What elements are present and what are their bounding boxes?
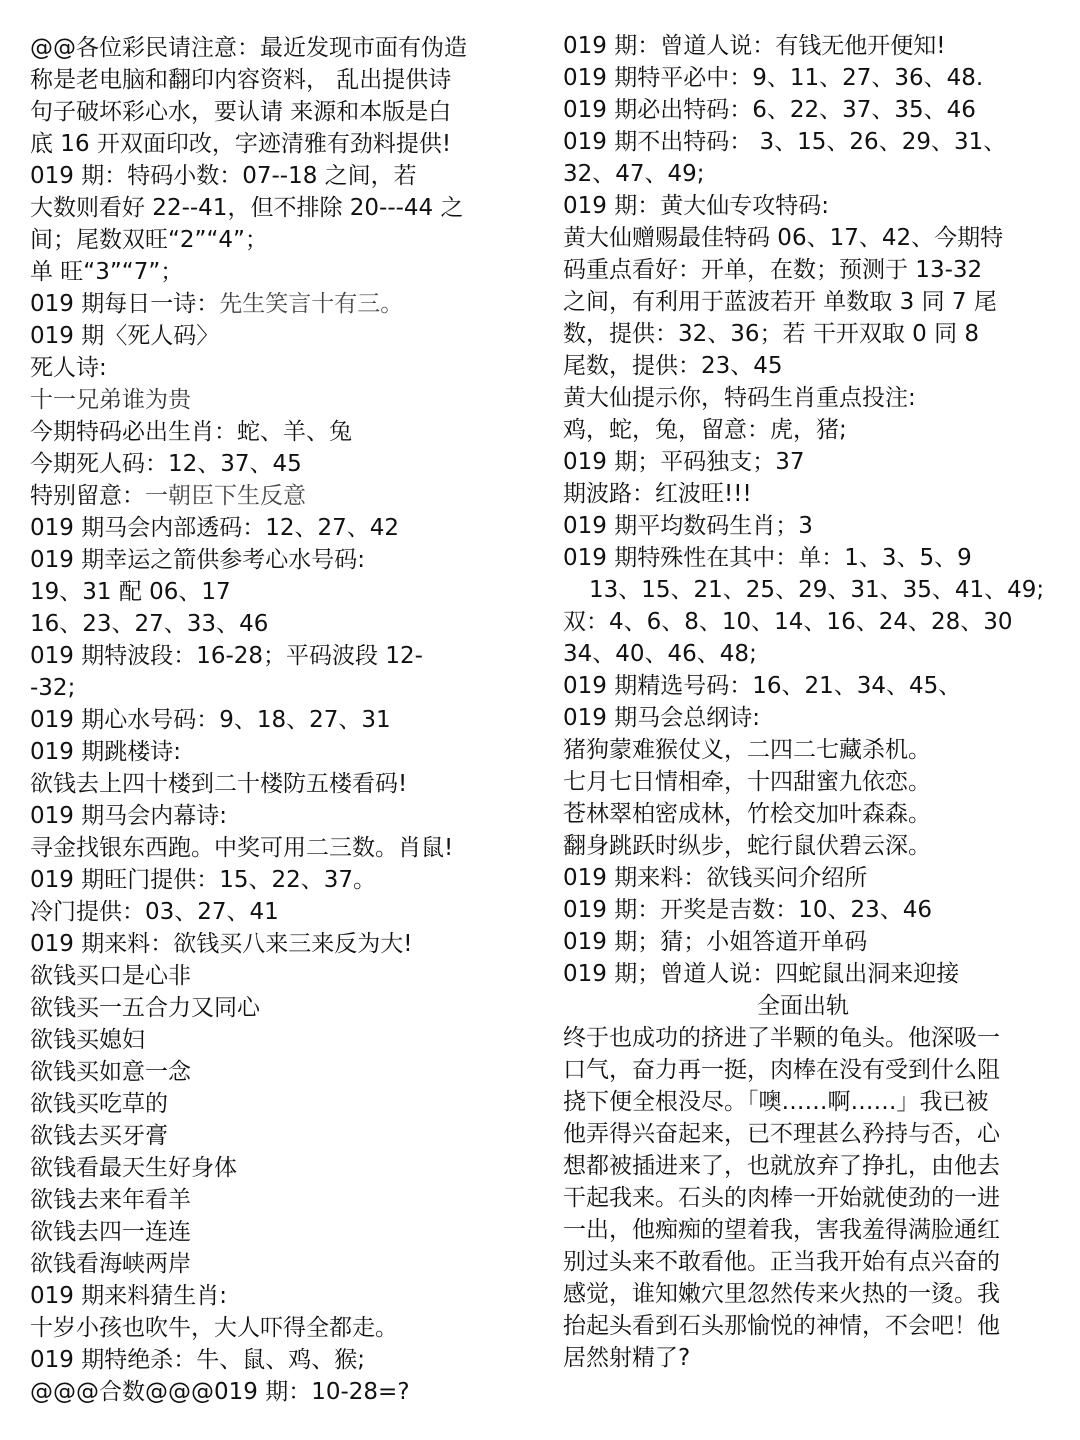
text-line: 特别留意：一朝臣下生反意 — [30, 480, 530, 512]
text-line: @@@合数@@@019 期：10-28=? — [30, 1376, 530, 1408]
text-line: 猪狗蒙难猴仗义，二四二七藏杀机。 — [563, 734, 1063, 766]
text-line: 019 期特殊性在其中：单：1、3、5、9 — [563, 542, 1063, 574]
text-line: 019 期马会内幕诗: — [30, 800, 530, 832]
text-line: 019 期；曾道人说：四蛇鼠出洞来迎接 — [563, 958, 1063, 990]
text-line: 间；尾数双旺“2”“4”； — [30, 224, 530, 256]
text-line: 019 期：黄大仙专攻特码: — [563, 190, 1063, 222]
text-line: 019 期精选号码：16、21、34、45、 — [563, 670, 1063, 702]
text-line: 欲钱去上四十楼到二十楼防五楼看码! — [30, 768, 530, 800]
text-line: 019 期特波段：16-28；平码波段 12- — [30, 640, 530, 672]
text-line: 他弄得兴奋起来，已不理甚么矜持与否，心 — [563, 1118, 1063, 1150]
text-line: 单 旺“3”“7”； — [30, 256, 530, 288]
text-line: 感觉，谁知嫩穴里忽然传来火热的一烫。我 — [563, 1278, 1063, 1310]
text-line: 019 期；平码独支；37 — [563, 446, 1063, 478]
text-line: 十岁小孩也吹牛，大人吓得全都走。 — [30, 1312, 530, 1344]
text-line: 欲钱买口是心非 — [30, 960, 530, 992]
text-line: 019 期平均数码生肖；3 — [563, 510, 1063, 542]
text-line: 16、23、27、33、46 — [30, 608, 530, 640]
text-line: 句子破坏彩心水，要认请 来源和本版是白 — [30, 96, 530, 128]
text-line: 码重点看好：开单，在数；预测于 13-32 — [563, 254, 1063, 286]
text-line: 口气，奋力再一挺，肉棒在没有受到什么阻 — [563, 1054, 1063, 1086]
text-line: 34、40、46、48; — [563, 638, 1063, 670]
text-line: 019 期马会总纲诗: — [563, 702, 1063, 734]
text-line: 019 期来料：欲钱买八来三来反为大! — [30, 928, 530, 960]
text-line: 别过头来不敢看他。正当我开始有点兴奋的 — [563, 1246, 1063, 1278]
text-line: 居然射精了? — [563, 1342, 1063, 1374]
text-line: 019 期特平必中：9、11、27、36、48. — [563, 62, 1063, 94]
text-line: 尾数，提供：23、45 — [563, 350, 1063, 382]
text-line: 终于也成功的挤进了半颗的龟头。他深吸一 — [563, 1022, 1063, 1054]
text-line: 019 期特绝杀：牛、鼠、鸡、猴; — [30, 1344, 530, 1376]
text-line: 019 期来料：欲钱买问介绍所 — [563, 862, 1063, 894]
text-line: 欲钱买媳妇 — [30, 1024, 530, 1056]
line-value: 一朝臣下生反意 — [145, 483, 306, 509]
text-line: 冷门提供：03、27、41 — [30, 896, 530, 928]
text-line: 十一兄弟谁为贵 — [30, 384, 530, 416]
text-line: 32、47、49; — [563, 158, 1063, 190]
text-line: 今期死人码：12、37、45 — [30, 448, 530, 480]
text-line: 欲钱看最天生好身体 — [30, 1152, 530, 1184]
text-line: 称是老电脑和翻印内容资料， 乱出提供诗 — [30, 64, 530, 96]
text-line: 019 期；猜；小姐答道开单码 — [563, 926, 1063, 958]
text-line: -32; — [30, 672, 530, 704]
text-line: 干起我来。石头的肉棒一开始就使劲的一进 — [563, 1182, 1063, 1214]
text-line: 019 期幸运之箭供参考心水号码: — [30, 544, 530, 576]
text-line: 一出，他痴痴的望着我，害我羞得满脸通红 — [563, 1214, 1063, 1246]
text-line: 想都被插进来了，也就放弃了挣扎，由他去 — [563, 1150, 1063, 1182]
text-line: 019 期必出特码：6、22、37、35、46 — [563, 94, 1063, 126]
text-line: 鸡，蛇，兔，留意：虎，猪; — [563, 414, 1063, 446]
text-line: 死人诗: — [30, 352, 530, 384]
text-line: 欲钱买吃草的 — [30, 1088, 530, 1120]
text-line: 今期特码必出生肖：蛇、羊、兔 — [30, 416, 530, 448]
text-line: 019 期心水号码：9、18、27、31 — [30, 704, 530, 736]
text-line: 欲钱看海峡两岸 — [30, 1248, 530, 1280]
section-title: 全面出轨 — [563, 990, 1063, 1022]
text-line: 欲钱去来年看羊 — [30, 1184, 530, 1216]
text-line: 019 期不出特码： 3、15、26、29、31、 — [563, 126, 1063, 158]
text-line: 欲钱买一五合力又同心 — [30, 992, 530, 1024]
text-line: 抬起头看到石头那愉悦的神情，不会吧！他 — [563, 1310, 1063, 1342]
text-line: 13、15、21、25、29、31、35、41、49; — [563, 574, 1063, 606]
line-label: 特别留意： — [30, 483, 145, 509]
text-line: 寻金找银东西跑。中奖可用二三数。肖鼠! — [30, 832, 530, 864]
left-column: @@各位彩民请注意：最近发现市面有伪造称是老电脑和翻印内容资料， 乱出提供诗句子… — [30, 32, 530, 1408]
text-line: 大数则看好 22--41，但不排除 20---44 之 — [30, 192, 530, 224]
text-line: 欲钱去买牙膏 — [30, 1120, 530, 1152]
text-line: 期波路：红波旺!!! — [563, 478, 1063, 510]
text-line: 七月七日情相牵，十四甜蜜九依恋。 — [563, 766, 1063, 798]
text-line: 019 期跳楼诗: — [30, 736, 530, 768]
text-line: 底 16 开双面印改，字迹清雅有劲料提供! — [30, 128, 530, 160]
text-line: 之间，有利用于蓝波若开 单数取 3 同 7 尾 — [563, 286, 1063, 318]
text-line: 苍林翠柏密成林，竹桧交加叶森森。 — [563, 798, 1063, 830]
text-line: 数，提供：32、36；若 干开双取 0 同 8 — [563, 318, 1063, 350]
text-line: 019 期：曾道人说：有钱无他开便知! — [563, 30, 1063, 62]
right-column: 019 期：曾道人说：有钱无他开便知!019 期特平必中：9、11、27、36、… — [563, 30, 1063, 1374]
line-value: 先生笑言十有三。 — [219, 291, 403, 317]
text-line: 019 期：特码小数：07--18 之间，若 — [30, 160, 530, 192]
text-line: 挠下便全根没尽。「噢……啊……」我已被 — [563, 1086, 1063, 1118]
line-label: 019 期每日一诗： — [30, 291, 219, 317]
text-line: 019 期旺门提供：15、22、37。 — [30, 864, 530, 896]
text-line: 19、31 配 06、17 — [30, 576, 530, 608]
text-line: 019 期每日一诗：先生笑言十有三。 — [30, 288, 530, 320]
text-line: 双：4、6、8、10、14、16、24、28、30 — [563, 606, 1063, 638]
text-line: 欲钱去四一连连 — [30, 1216, 530, 1248]
text-line: @@各位彩民请注意：最近发现市面有伪造 — [30, 32, 530, 64]
text-line: 黄大仙赠赐最佳特码 06、17、42、今期特 — [563, 222, 1063, 254]
text-line: 019 期〈死人码〉 — [30, 320, 530, 352]
text-line: 019 期马会内部透码：12、27、42 — [30, 512, 530, 544]
text-line: 翻身跳跃时纵步，蛇行鼠伏碧云深。 — [563, 830, 1063, 862]
text-line: 019 期来料猜生肖: — [30, 1280, 530, 1312]
text-line: 欲钱买如意一念 — [30, 1056, 530, 1088]
text-line: 黄大仙提示你，特码生肖重点投注: — [563, 382, 1063, 414]
text-line: 019 期：开奖是吉数：10、23、46 — [563, 894, 1063, 926]
